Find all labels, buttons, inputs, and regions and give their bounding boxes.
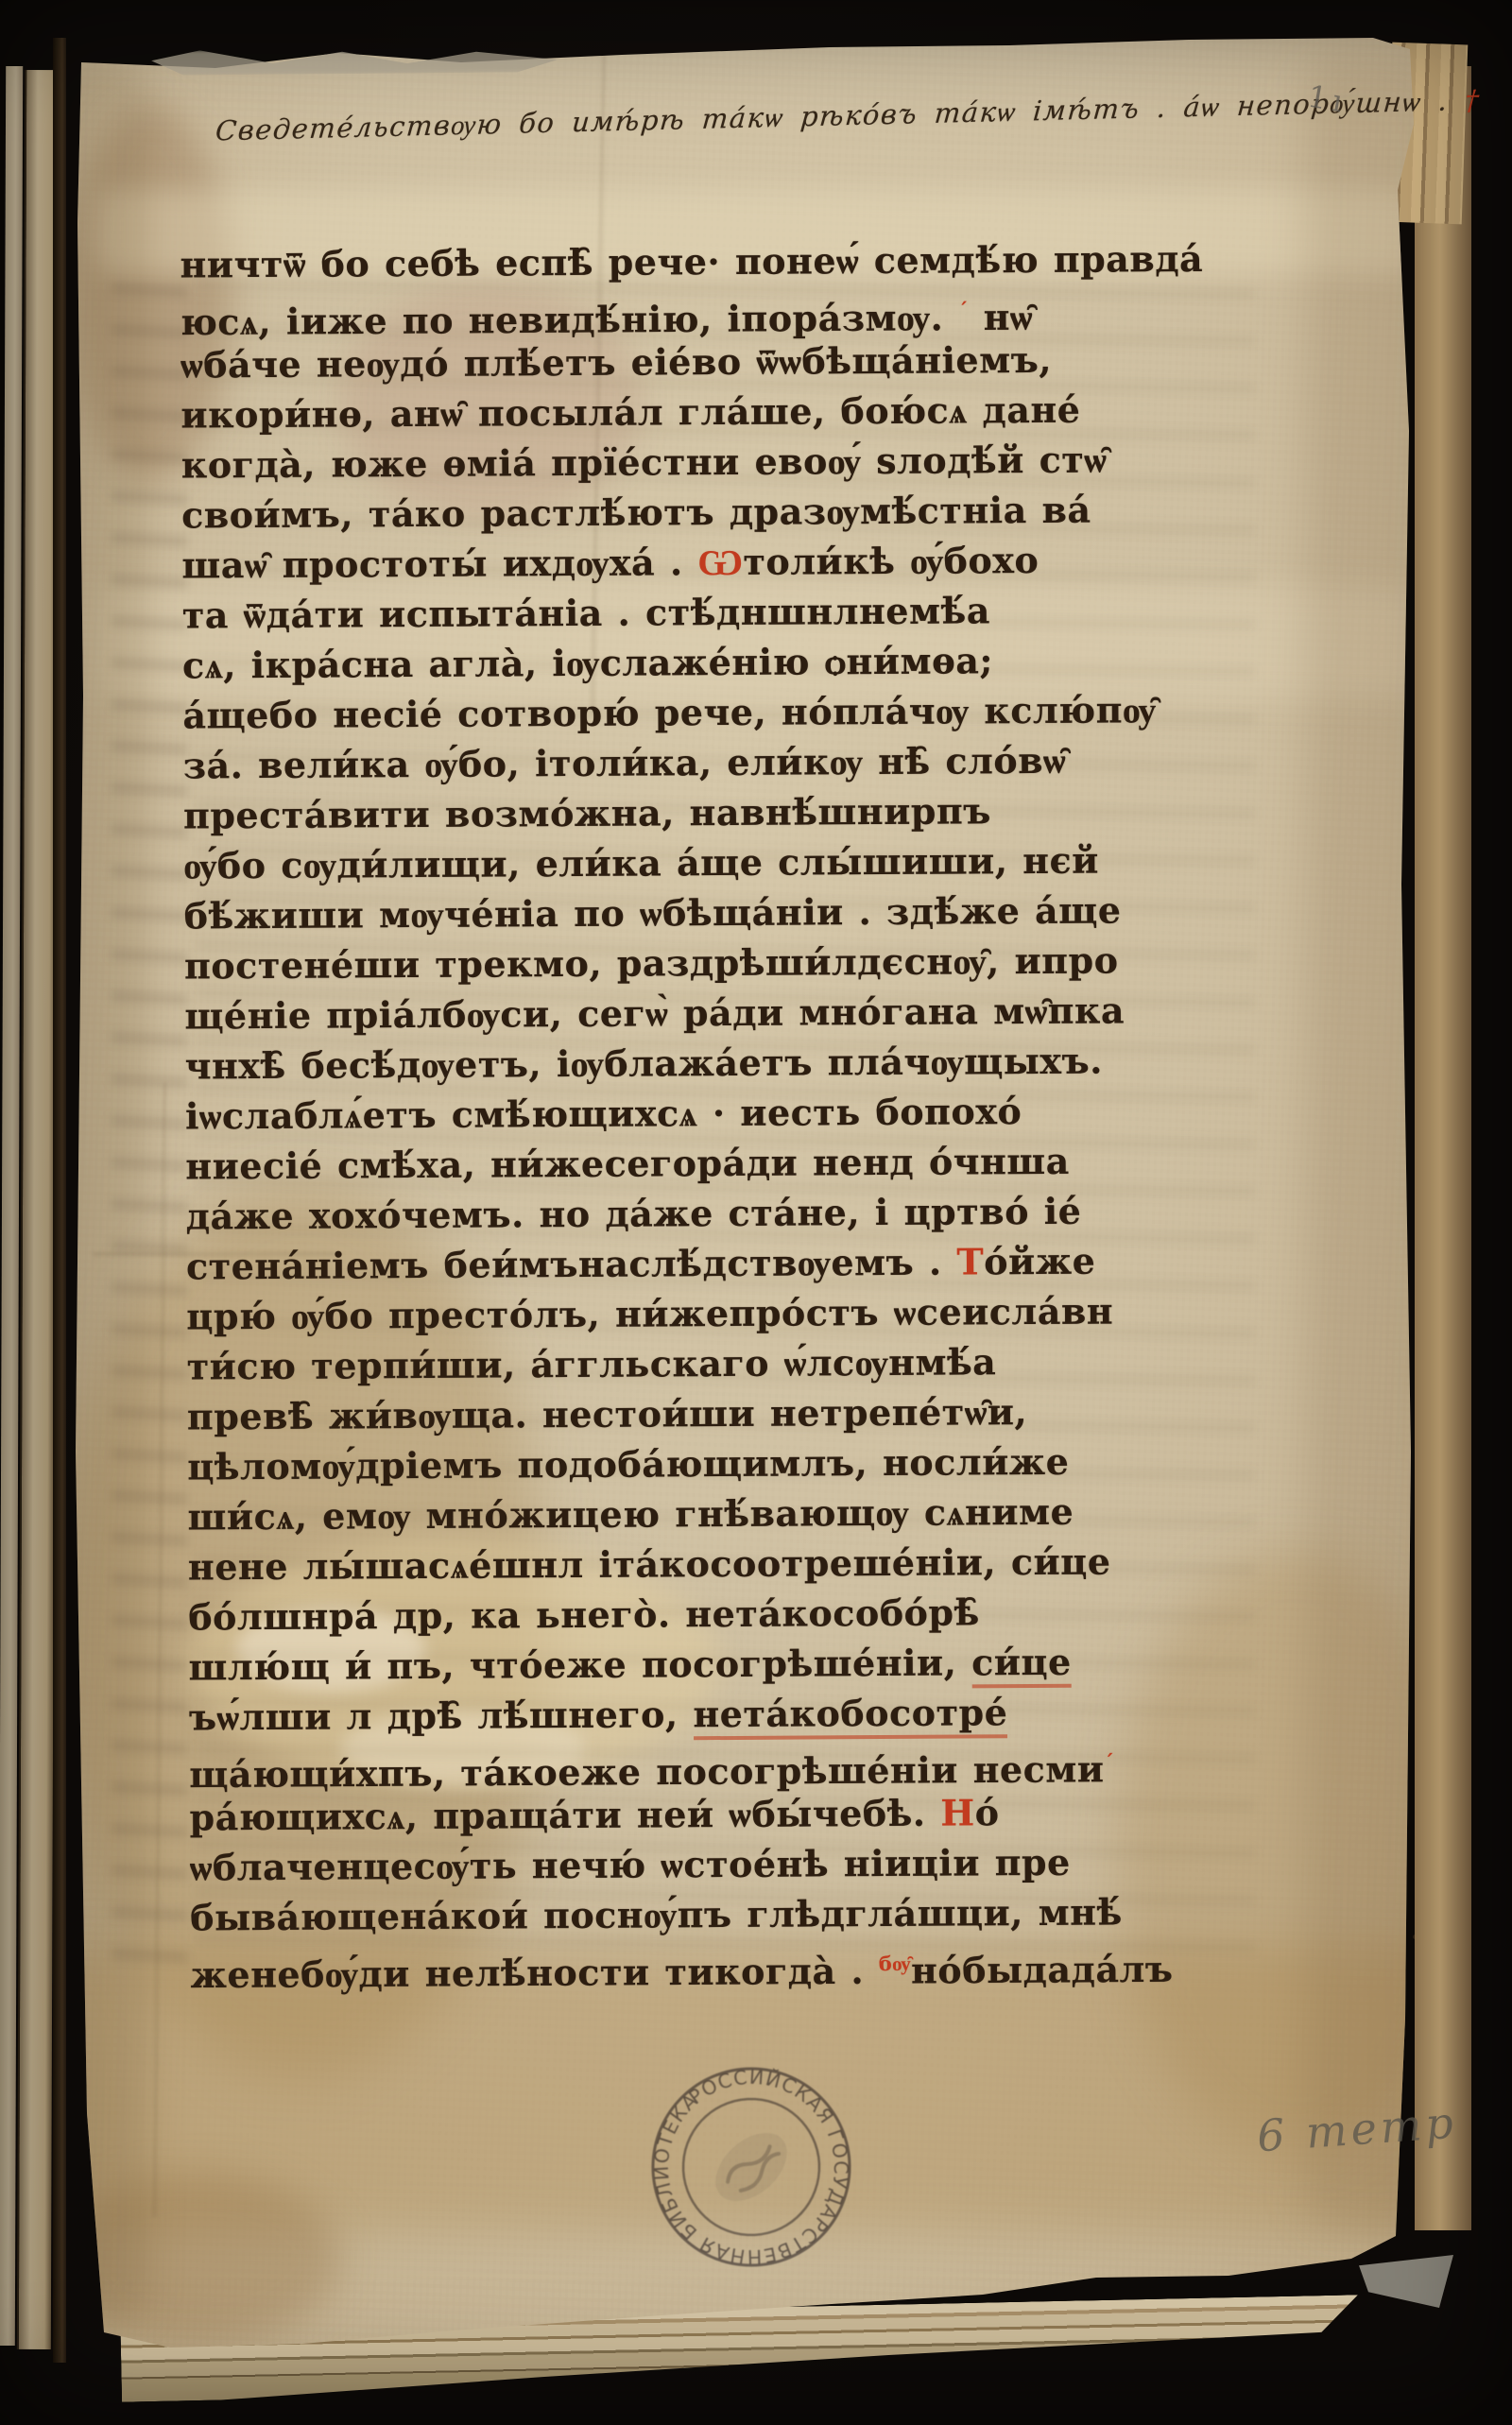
rubric-segment: Т (956, 1240, 984, 1282)
manuscript-line: ѡба́че неѹдо́ плѣ́етъ еіе́во ѿѡбѣща́ніем… (180, 334, 1267, 390)
ink-segment: црю́ ѹ́бо престо́лъ, ни́жепро́стъ ѡсеисл… (186, 1290, 1113, 1338)
manuscript-line: ра́ющихсѧ, праща́ти неи́ ѡбы́чебѣ. Но́ (189, 1785, 1276, 1842)
ink-segment: ниесіе́ смѣ́ха, ни́жесегора́ди ненд о́чн… (185, 1140, 1070, 1188)
ink-segment: сѧ, ікра́сна агла̀, іѹслаже́нію ѻни́мѳа; (182, 639, 993, 686)
manuscript-line: стена́ніемъ беи́мънаслѣ́дствѹемъ . То́йж… (186, 1234, 1273, 1291)
ink-segment: не (188, 1545, 238, 1588)
ink-segment: женебѹ́ди нелѣ́ности тикогда̀ . (190, 1950, 879, 1996)
manuscript-line: ѡблаченцесѹ́ть нечю́ ѡстое́нѣ ніиціи пре (190, 1835, 1277, 1892)
text-block: ничтѿ бо себѣ еспѣ̑ рече· понеѡ́ семдѣ́ю… (180, 233, 1277, 1993)
ink-segment: цѣломѹ́дріемъ подоба́ющимлъ, носли́же (187, 1440, 1069, 1488)
torn-top-edge (151, 47, 558, 76)
torn-fragment (1359, 2255, 1453, 2308)
ink-segment: та ѿда́ти испыта́ніа . стѣ́дншнлнемѣ́а (182, 589, 990, 636)
ink-segment: ъѡ́лши л дрѣ̑ лѣ́шнего, (189, 1693, 694, 1738)
ink-segment: толи́кѣ ѹ́бохо (743, 539, 1039, 583)
ink-segment: шаѡ̑ простоты́ ихдѹха́ . (181, 541, 697, 586)
ink-segment: ши́сѧ, емѹ мно́жицею гнѣ́вающѹ сѧниме (187, 1490, 1074, 1539)
manuscript-line: бо́лшнра́ др, ка ьнего̀. нета́кособо́рѣ̑ (188, 1585, 1275, 1642)
manuscript-line: шлю́щ и́ пъ, что́еже посогрѣше́ніи, си́ц… (188, 1635, 1275, 1692)
manuscript-line: та ѿда́ти испыта́ніа . стѣ́дншнлнемѣ́а (182, 583, 1269, 640)
ink-segment: іѡслаблѧ́етъ смѣ́ющихсѧ · иесть бопохо́ (185, 1090, 1022, 1137)
manuscript-photo: Сведете́льствѹю бо имѣ́рѣ та́кѡ рѣко́въ … (0, 0, 1512, 2425)
rubric-segment: ´ (958, 298, 969, 321)
ink-segment (288, 1545, 303, 1588)
rubric-segment: Н (940, 1791, 975, 1833)
manuscript-line: ще́ніе пріа́лбѹси, сегѡ̀ ра́ди мно́гана … (184, 984, 1271, 1041)
folio-number-pencil: 1ı (1305, 78, 1351, 121)
ink-spots (0, 0, 3, 3)
manuscript-line: сѧ, ікра́сна агла̀, іѹслаже́нію ѻни́мѳа; (182, 633, 1269, 690)
manuscript-line: икори́нѳ, анѡ̑ посыла́л гла́ше, бою́сѧ д… (180, 384, 1267, 440)
ink-segment: свои́мъ, та́ко растлѣ́ютъ дразѹмѣ́стніа … (181, 489, 1091, 537)
ink-segment: преста́вити возмо́жна, навнѣ́шнирпъ (183, 789, 991, 836)
ink-segment: ѹ́бо сѹди́лищи, ели́ка а́ще слы́шиши, нє… (183, 839, 1099, 887)
manuscript-line: ничтѿ бо себѣ еспѣ̑ рече· понеѡ́ семдѣ́ю… (180, 233, 1266, 290)
ink-segment: когда̀, юже ѳміа́ прїе́стни евоѹ́ ѕлодѣ́… (181, 439, 1108, 487)
manuscript-line: црю́ ѹ́бо престо́лъ, ни́жепро́стъ ѡсеисл… (186, 1284, 1273, 1341)
rubric-segment: бѹ̑ (879, 1952, 911, 1975)
ink-segment: нета́кобосотре́ (693, 1691, 1007, 1740)
ink-segment: постене́ши трекмо, раздрѣши́лдєснѹ̑, ипр… (184, 938, 1119, 987)
ink-segment: да́же хохо́чемъ. но да́же ста́не, і цртв… (186, 1190, 1082, 1238)
ink-segment: превѣ̑ жи́вѹща. нестои́ши нетрепе́тѡ̑и, (187, 1390, 1027, 1437)
manuscript-line: быва́ющена́кои́ поснѹ́пъ глѣдгла́шци, мн… (190, 1885, 1277, 1942)
manuscript-line: іѡслаблѧ́етъ смѣ́ющихсѧ · иесть бопохо́ (185, 1084, 1272, 1141)
ink-segment: а́щебо несіе́ сотворю́ рече, но́пла́чѹ к… (182, 688, 1156, 736)
manuscript-line: бѣ́жиши мѹче́ніа по ѡбѣща́ніи . здѣ́же а… (184, 884, 1271, 940)
manuscript-line: юсѧ, іиже по невидѣ́нію, іпора́змѹ. ´ нѡ… (180, 284, 1267, 340)
ink-segment: ти́сю терпи́ши, а́ггльскаго ѡ́лсѹнмѣ́а (186, 1340, 996, 1387)
ink-segment: бо́лшнра́ др, ка ьнего̀. нета́кособо́рѣ̑ (188, 1591, 980, 1638)
manuscript-line: нене лы́шасѧе́шнл іта́косоотреше́ніи, си… (188, 1535, 1275, 1591)
ink-segment: ѡба́че неѹдо́ плѣ́етъ еіе́во ѿѡбѣща́ніем… (180, 338, 1052, 387)
rubric-cross-icon: † (1464, 84, 1482, 116)
manuscript-line: ща́ющи́хпъ, та́коеже посогрѣше́ніи несми… (189, 1735, 1276, 1792)
book-gutter-shadow (53, 38, 66, 2363)
manuscript-line: а́щебо несіе́ сотворю́ рече, но́пла́чѹ к… (182, 683, 1269, 740)
ink-segment: за́. вели́ка ѹ́бо, ітоли́ка, ели́кѹ нѣ̑ … (183, 739, 1067, 787)
ink-segment: о́ (975, 1791, 1000, 1833)
ink-segment: икори́нѳ, анѡ̑ посыла́л гла́ше, бою́сѧ д… (180, 388, 1080, 437)
ink-segment: нѡ̑ (969, 296, 1033, 338)
ink-segment: но́быдада́лъ (911, 1948, 1174, 1992)
manuscript-line: чнхѣ̑ бесѣ́дѹетъ, іѹблажа́етъ пла́чѹщыхъ… (185, 1034, 1272, 1091)
manuscript-line: за́. вели́ка ѹ́бо, ітоли́ка, ели́кѹ нѣ̑ … (183, 733, 1270, 790)
ink-segment: стена́ніемъ беи́мънаслѣ́дствѹемъ . (186, 1241, 957, 1288)
manuscript-line: свои́мъ, та́ко растлѣ́ютъ дразѹмѣ́стніа … (181, 483, 1268, 540)
ink-segment: о́йже (984, 1240, 1095, 1283)
ink-segment: ничтѿ бо себѣ еспѣ̑ рече· понеѡ́ семдѣ́ю… (180, 237, 1203, 286)
ink-segment: быва́ющена́кои́ поснѹ́пъ глѣдгла́шци, мн… (190, 1890, 1123, 1938)
manuscript-line: постене́ши трекмо, раздрѣши́лдєснѹ̑, ипр… (184, 934, 1271, 990)
ink-segment: ще́ніе пріа́лбѹси, сегѡ̀ ра́ди мно́гана … (184, 989, 1125, 1037)
ink-segment: чнхѣ̑ бесѣ́дѹетъ, іѹблажа́етъ пла́чѹщыхъ… (185, 1040, 1103, 1088)
bleed-through-margin (112, 270, 187, 1990)
manuscript-line: ниесіе́ смѣ́ха, ни́жесегора́ди ненд о́чн… (185, 1134, 1272, 1191)
ink-segment: лы́шасѧе́шнл іта́косоотреше́ніи, си́це (303, 1540, 1111, 1588)
manuscript-line: цѣломѹ́дріемъ подоба́ющимлъ, носли́же (187, 1435, 1274, 1491)
manuscript-line: преста́вити возмо́жна, навнѣ́шнирпъ (183, 783, 1270, 840)
ink-segment: не (238, 1545, 288, 1588)
ink-segment: бѣ́жиши мѹче́ніа по ѡбѣща́ніи . здѣ́же а… (184, 888, 1122, 937)
ink-segment: ѡблаченцесѹ́ть нечю́ ѡстое́нѣ ніиціи пре (190, 1841, 1071, 1889)
manuscript-line: когда̀, юже ѳміа́ прїе́стни евоѹ́ ѕлодѣ́… (181, 434, 1268, 490)
under-leaf-fore-edge (1415, 66, 1471, 2230)
ink-segment: шлю́щ и́ пъ, что́еже посогрѣше́ніи, (188, 1641, 971, 1688)
manuscript-line: ти́сю терпи́ши, а́ггльскаго ѡ́лсѹнмѣ́а (186, 1334, 1273, 1391)
rubric-segment: Ѡ (697, 541, 743, 583)
manuscript-line: шаѡ̑ простоты́ ихдѹха́ . Ѡтоли́кѣ ѹ́бохо (181, 533, 1268, 590)
manuscript-line: ши́сѧ, емѹ мно́жицею гнѣ́вающѹ сѧниме (187, 1485, 1274, 1541)
ink-segment: си́це (971, 1641, 1072, 1689)
manuscript-line: женебѹ́ди нелѣ́ности тикогда̀ . бѹ̑но́бы… (190, 1935, 1277, 1992)
ink-segment: ра́ющихсѧ, праща́ти неи́ ѡбы́чебѣ. (189, 1792, 940, 1839)
manuscript-line: да́же хохо́чемъ. но да́же ста́не, і цртв… (185, 1184, 1272, 1241)
rubric-segment: ´ (1104, 1750, 1114, 1774)
manuscript-line: превѣ̑ жи́вѹща. нестои́ши нетрепе́тѡ̑и, (187, 1384, 1274, 1441)
manuscript-line: ъѡ́лши л дрѣ̑ лѣ́шнего, нета́кобосотре́ (189, 1685, 1276, 1742)
manuscript-line: ѹ́бо сѹди́лищи, ели́ка а́ще слы́шиши, нє… (183, 834, 1270, 890)
